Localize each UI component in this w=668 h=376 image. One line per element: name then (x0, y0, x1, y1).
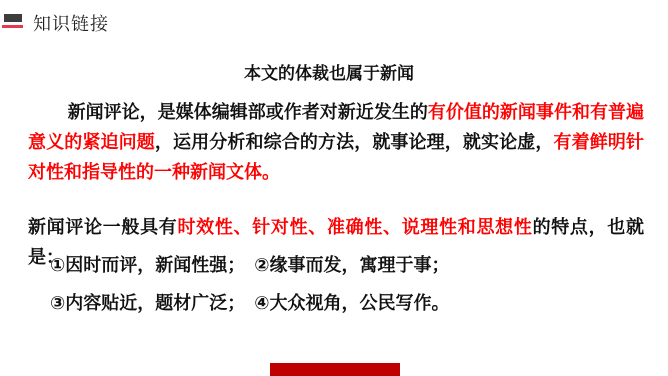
paragraph-news-commentary-definition: 新闻评论，是媒体编辑部或作者对新近发生的有价值的新闻事件和有普遍意义的紧迫问题，… (28, 97, 644, 187)
point-line: ①因时而评，新闻性强； ②缘事而发，寓理于事； (50, 250, 644, 280)
slide: 知识链接 本文的体裁也属于新闻 新闻评论，是媒体编辑部或作者对新近发生的有价值的… (0, 0, 668, 376)
point-line: ③内容贴近，题材广泛； ④大众视角，公民写作。 (50, 288, 644, 318)
points-list: ①因时而评，新闻性强； ②缘事而发，寓理于事；③内容贴近，题材广泛； ④大众视角… (50, 250, 644, 326)
text-run-black: ，运用分析和综合的方法，就事论理，就实论虚， (155, 132, 554, 152)
header-icon-red-bar (2, 25, 23, 28)
text-run-black: 新闻评论一般具有 (28, 217, 178, 237)
slide-header: 知识链接 (2, 10, 109, 36)
slide-title: 本文的体裁也属于新闻 (0, 59, 658, 84)
text-run-red: 时效性、针对性、准确性、说理性和思想性 (178, 217, 533, 237)
bottom-red-bar (270, 363, 400, 376)
text-run-black: 新闻评论，是媒体编辑部或作者对新近发生的 (68, 102, 428, 122)
header-dash-icon (2, 12, 26, 32)
header-title: 知识链接 (33, 10, 109, 36)
header-icon-gray-bar (4, 14, 22, 22)
